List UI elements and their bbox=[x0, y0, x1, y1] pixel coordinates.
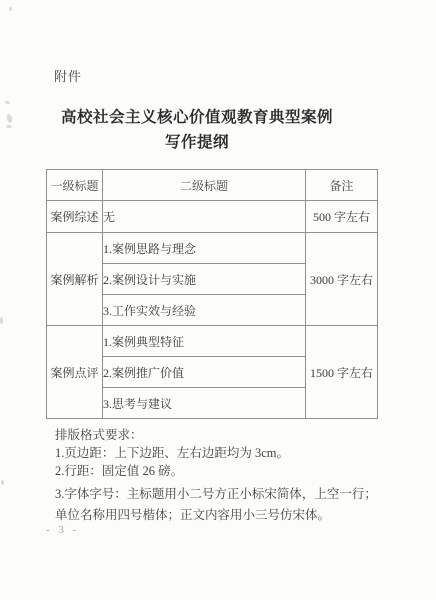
note-item-line-spacing: 2.行距：固定值 26 磅。 bbox=[55, 463, 379, 480]
col-header-level2: 二级标题 bbox=[103, 170, 306, 201]
level2-cell: 无 bbox=[103, 201, 306, 233]
scan-artifact bbox=[6, 125, 12, 128]
scan-artifact bbox=[9, 7, 12, 11]
format-requirements: 排版格式要求： 1.页边距：上下边距、左右边距均为 3cm。 2.行距：固定值 … bbox=[55, 427, 379, 526]
title-line-1: 高校社会主义核心价值观教育典型案例 bbox=[0, 105, 394, 130]
notes-heading: 排版格式要求： bbox=[55, 427, 379, 444]
level2-cell: 2.案例推广价值 bbox=[103, 357, 306, 388]
level1-cell: 案例解析 bbox=[47, 233, 103, 326]
scan-artifact bbox=[0, 317, 3, 324]
table-row-comment: 案例点评 1.案例典型特征 1500 字左右 bbox=[47, 326, 378, 357]
note-cell: 1500 字左右 bbox=[306, 326, 378, 419]
level2-cell: 3.思考与建议 bbox=[103, 388, 306, 419]
document-title: 高校社会主义核心价值观教育典型案例 写作提纲 bbox=[0, 105, 394, 155]
level1-cell: 案例点评 bbox=[47, 326, 103, 419]
col-header-level1: 一级标题 bbox=[47, 170, 103, 201]
table-header-row: 一级标题 二级标题 备注 bbox=[47, 170, 378, 201]
note-item-margins: 1.页边距：上下边距、左右边距均为 3cm。 bbox=[55, 445, 379, 462]
level2-cell: 2.案例设计与实施 bbox=[103, 264, 306, 295]
page-number: - 3 - bbox=[46, 524, 79, 536]
note-item-fonts: 3.字体字号：主标题用小二号方正小标宋简体，上空一行；单位名称用四号楷体；正文内… bbox=[55, 484, 379, 526]
note-cell: 3000 字左右 bbox=[306, 233, 378, 326]
level2-cell: 1.案例思路与理念 bbox=[103, 233, 306, 264]
scan-artifact bbox=[1, 480, 4, 485]
note-cell: 500 字左右 bbox=[306, 201, 378, 233]
title-line-2: 写作提纲 bbox=[0, 130, 394, 155]
outline-table: 一级标题 二级标题 备注 案例综述 无 500 字左右 案例解析 1.案例思路与… bbox=[46, 169, 378, 419]
col-header-note: 备注 bbox=[306, 170, 378, 201]
level2-cell: 1.案例典型特征 bbox=[103, 326, 306, 357]
table-row-summary: 案例综述 无 500 字左右 bbox=[47, 201, 378, 233]
attachment-label: 附件 bbox=[54, 66, 82, 85]
document-page: 附件 高校社会主义核心价值观教育典型案例 写作提纲 一级标题 二级标题 备注 案… bbox=[0, 0, 436, 600]
level1-cell: 案例综述 bbox=[47, 201, 103, 233]
table-row-analysis: 案例解析 1.案例思路与理念 3000 字左右 bbox=[47, 233, 378, 264]
level2-cell: 3.工作实效与经验 bbox=[103, 295, 306, 326]
